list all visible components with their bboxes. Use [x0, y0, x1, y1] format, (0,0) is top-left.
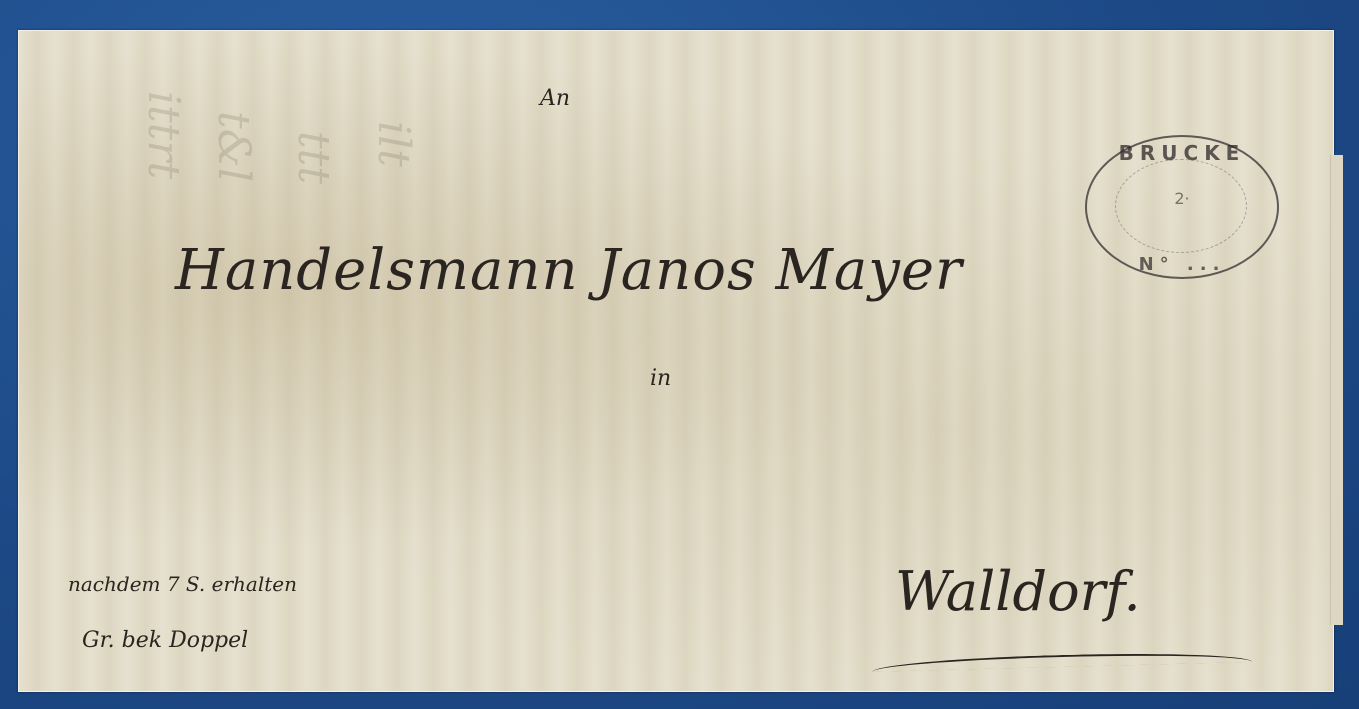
postmark-bottom: N° ... — [1087, 254, 1277, 275]
destination-town: Walldorf. — [895, 560, 1141, 623]
bleed-through-text: ittrt — [138, 91, 189, 179]
bleed-through-text: t&l — [208, 111, 259, 182]
postal-note-line-1: nachdem 7 S. erhalten — [68, 572, 297, 596]
postmark-stamp: BRUCKE 2· N° ... — [1085, 135, 1279, 279]
salutation: An — [540, 86, 570, 111]
addressee-name: Handelsmann Janos Mayer — [175, 238, 963, 303]
preposition: in — [650, 366, 671, 391]
postmark-date: 2· — [1087, 189, 1277, 208]
bleed-through-text: ttt — [288, 131, 339, 184]
paper-flap — [1330, 155, 1343, 625]
postal-note-line-2: Gr. bek Doppel — [82, 628, 248, 653]
postmark-town: BRUCKE — [1087, 141, 1277, 165]
bleed-through-text: ilt — [368, 121, 419, 167]
